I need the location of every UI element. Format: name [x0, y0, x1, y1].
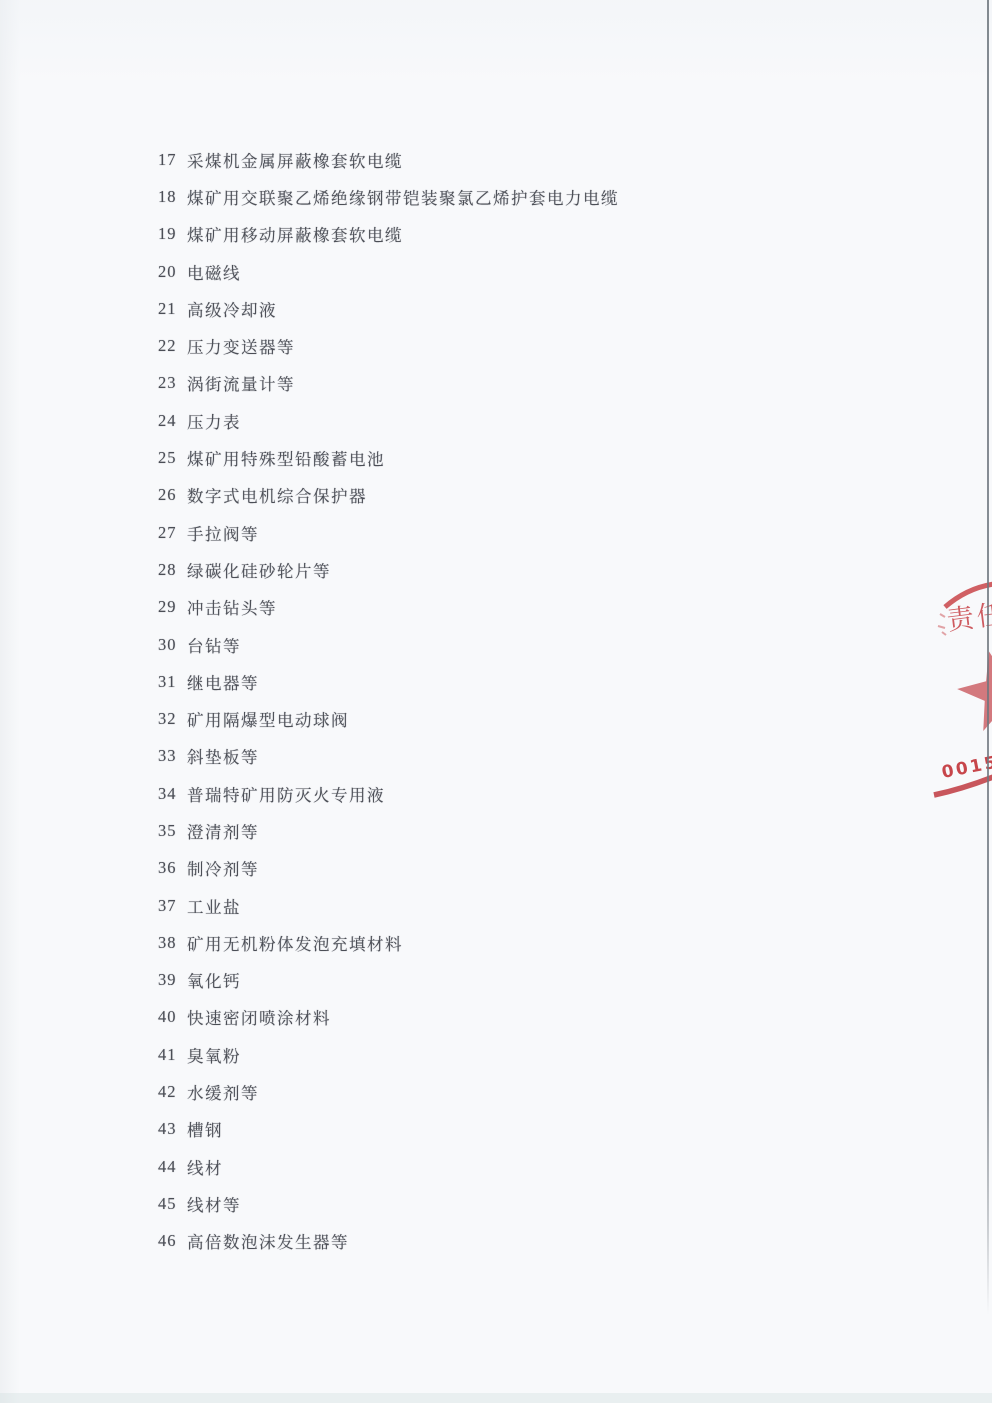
list-item: 44 线材	[158, 1148, 858, 1185]
stamp-partial-strokes	[938, 614, 946, 635]
list-item: 33 斜垫板等	[158, 738, 858, 775]
list-item: 30 台钻等	[158, 626, 858, 663]
item-number: 31	[158, 672, 179, 692]
item-text: 氧化钙	[187, 968, 241, 992]
list-item: 38 矿用无机粉体发泡充填材料	[158, 924, 858, 961]
item-number: 28	[158, 560, 179, 580]
list-item: 20 电磁线	[158, 253, 858, 290]
list-item: 29 冲击钻头等	[158, 589, 858, 626]
scan-bottom-band	[0, 1393, 992, 1403]
item-text: 煤矿用移动屏蔽橡套软电缆	[187, 222, 403, 246]
list-item: 26 数字式电机综合保护器	[158, 477, 858, 514]
list-item: 41 臭氧粉	[158, 1036, 858, 1073]
red-seal-stamp: 责任 00155	[932, 576, 992, 808]
stamp-characters: 责任	[945, 599, 992, 636]
item-number: 25	[158, 448, 179, 468]
item-number: 17	[158, 150, 179, 170]
item-number: 29	[158, 597, 179, 617]
item-number: 30	[158, 635, 179, 655]
item-number: 34	[158, 784, 179, 804]
item-number: 35	[158, 821, 179, 841]
item-number: 41	[158, 1045, 179, 1065]
item-text: 数字式电机综合保护器	[187, 483, 367, 507]
item-text: 澄清剂等	[187, 819, 259, 843]
item-number: 36	[158, 858, 179, 878]
list-item: 17 采煤机金属屏蔽橡套软电缆	[158, 141, 858, 178]
item-number: 42	[158, 1082, 179, 1102]
item-text: 快速密闭喷涂材料	[187, 1005, 331, 1029]
list-item: 24 压力表	[158, 402, 858, 439]
list-item: 32 矿用隔爆型电动球阀	[158, 700, 858, 737]
item-text: 矿用隔爆型电动球阀	[187, 707, 349, 731]
item-number: 23	[158, 373, 179, 393]
item-number: 26	[158, 485, 179, 505]
list-item: 31 继电器等	[158, 663, 858, 700]
list-item: 40 快速密闭喷涂材料	[158, 999, 858, 1036]
list-item: 18 煤矿用交联聚乙烯绝缘钢带铠装聚氯乙烯护套电力电缆	[158, 178, 858, 215]
item-number: 44	[158, 1157, 179, 1177]
list-item: 43 槽钢	[158, 1111, 858, 1148]
item-text: 矿用无机粉体发泡充填材料	[187, 931, 403, 955]
item-number: 40	[158, 1007, 179, 1027]
item-text: 继电器等	[187, 670, 259, 694]
item-text: 煤矿用交联聚乙烯绝缘钢带铠装聚氯乙烯护套电力电缆	[187, 185, 619, 209]
item-number: 46	[158, 1231, 179, 1251]
item-text: 绿碳化硅砂轮片等	[187, 558, 331, 582]
item-text: 高级冷却液	[187, 297, 277, 321]
item-number: 18	[158, 187, 179, 207]
list-item: 36 制冷剂等	[158, 850, 858, 887]
list-item: 25 煤矿用特殊型铅酸蓄电池	[158, 439, 858, 476]
scan-edge-line	[987, 0, 989, 1315]
item-text: 煤矿用特殊型铅酸蓄电池	[187, 446, 385, 470]
list-item: 39 氧化钙	[158, 962, 858, 999]
item-text: 臭氧粉	[187, 1043, 241, 1067]
list-item: 37 工业盐	[158, 887, 858, 924]
list-item: 42 水缓剂等	[158, 1073, 858, 1110]
item-number: 20	[158, 262, 179, 282]
item-text: 制冷剂等	[187, 856, 259, 880]
list-item: 23 涡街流量计等	[158, 365, 858, 402]
item-text: 采煤机金属屏蔽橡套软电缆	[187, 148, 403, 172]
item-text: 涡街流量计等	[187, 371, 295, 395]
item-text: 水缓剂等	[187, 1080, 259, 1104]
product-list: 17 采煤机金属屏蔽橡套软电缆 18 煤矿用交联聚乙烯绝缘钢带铠装聚氯乙烯护套电…	[158, 141, 858, 1260]
item-text: 斜垫板等	[187, 744, 259, 768]
list-item: 21 高级冷却液	[158, 290, 858, 327]
list-item: 28 绿碳化硅砂轮片等	[158, 551, 858, 588]
list-item: 45 线材等	[158, 1185, 858, 1222]
list-item: 22 压力变送器等	[158, 327, 858, 364]
item-text: 高倍数泡沫发生器等	[187, 1229, 349, 1253]
item-text: 冲击钻头等	[187, 595, 277, 619]
item-number: 45	[158, 1194, 179, 1214]
list-item: 34 普瑞特矿用防灭火专用液	[158, 775, 858, 812]
item-number: 21	[158, 299, 179, 319]
item-text: 线材	[187, 1155, 223, 1179]
item-number: 32	[158, 709, 179, 729]
item-number: 19	[158, 224, 179, 244]
item-text: 普瑞特矿用防灭火专用液	[187, 782, 385, 806]
list-item: 35 澄清剂等	[158, 812, 858, 849]
item-text: 台钻等	[187, 633, 241, 657]
list-item: 27 手拉阀等	[158, 514, 858, 551]
item-number: 22	[158, 336, 179, 356]
item-number: 33	[158, 746, 179, 766]
list-item: 46 高倍数泡沫发生器等	[158, 1223, 858, 1260]
item-text: 手拉阀等	[187, 521, 259, 545]
item-number: 37	[158, 896, 179, 916]
item-text: 压力表	[187, 409, 241, 433]
list-item: 19 煤矿用移动屏蔽橡套软电缆	[158, 216, 858, 253]
item-number: 43	[158, 1119, 179, 1139]
scanned-document-page: 17 采煤机金属屏蔽橡套软电缆 18 煤矿用交联聚乙烯绝缘钢带铠装聚氯乙烯护套电…	[0, 0, 992, 1403]
item-number: 24	[158, 411, 179, 431]
item-text: 槽钢	[187, 1117, 223, 1141]
item-text: 电磁线	[187, 260, 241, 284]
item-number: 38	[158, 933, 179, 953]
stamp-star-icon	[950, 642, 992, 735]
item-number: 27	[158, 523, 179, 543]
item-text: 线材等	[187, 1192, 241, 1216]
item-number: 39	[158, 970, 179, 990]
item-text: 压力变送器等	[187, 334, 295, 358]
item-text: 工业盐	[187, 894, 241, 918]
